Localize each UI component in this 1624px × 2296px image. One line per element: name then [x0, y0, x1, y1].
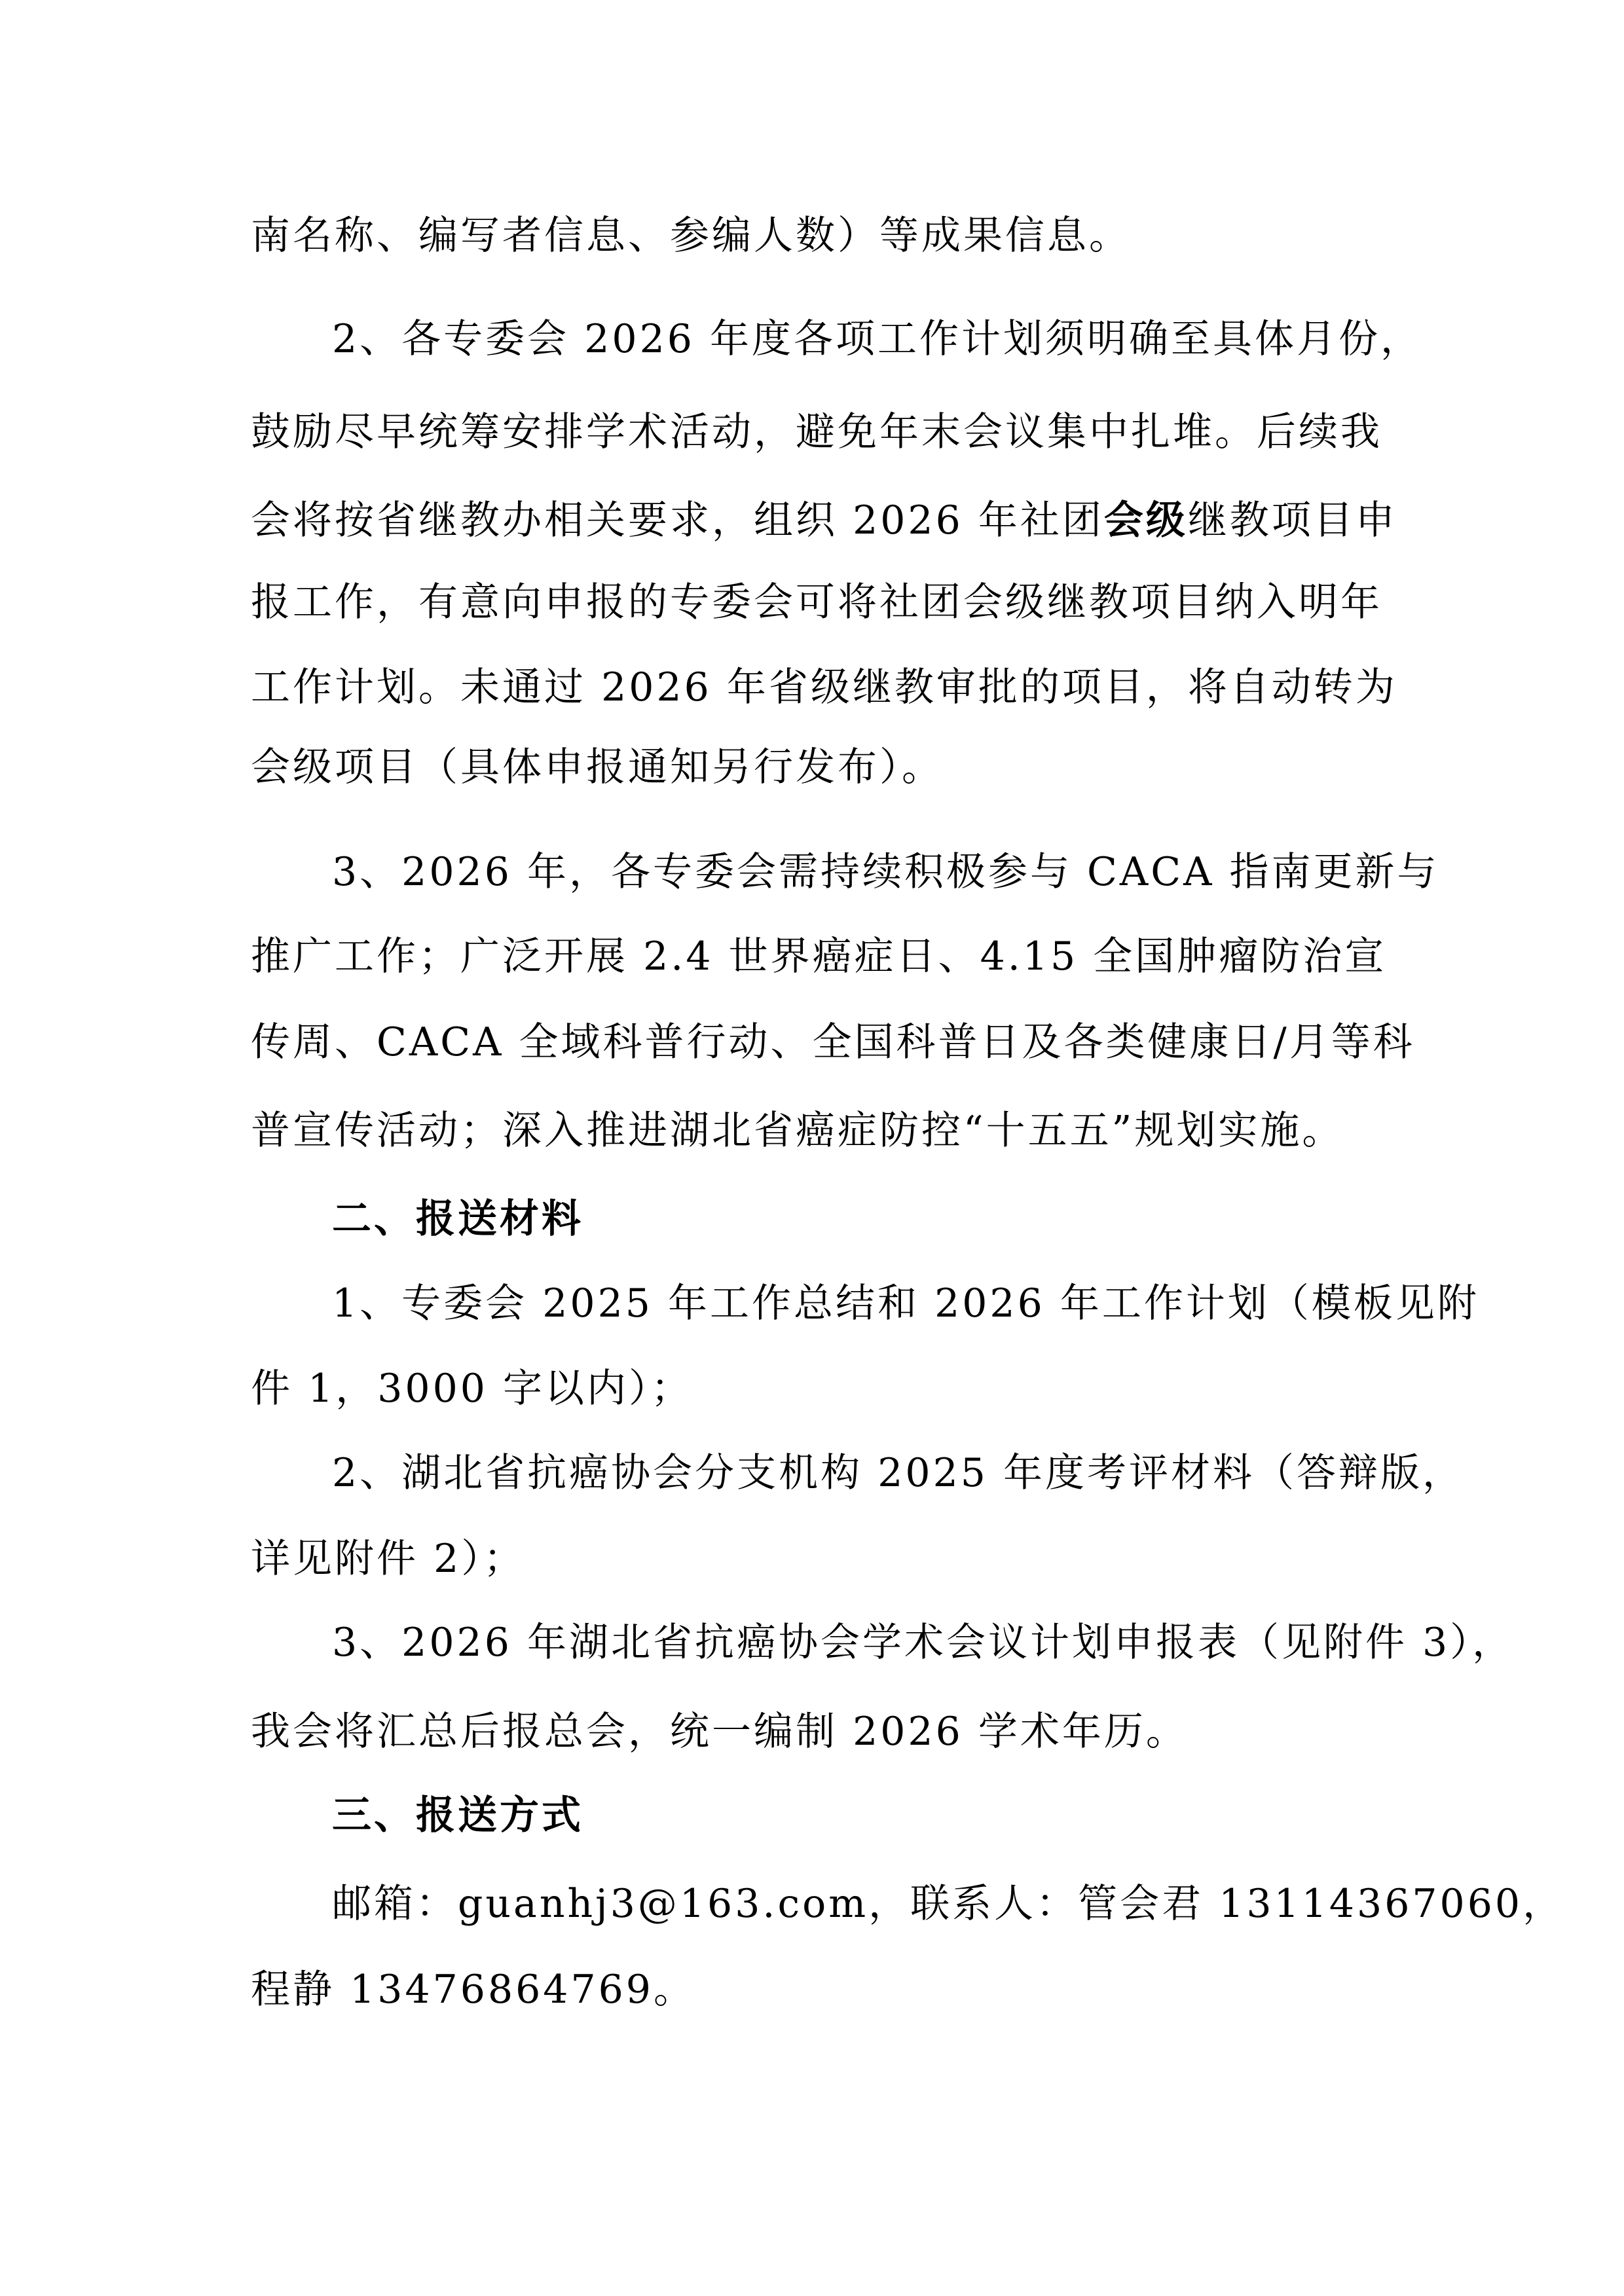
- contact-line: 邮箱：guanhj3@163.com，联系人：管会君 13114367060，: [332, 1878, 1564, 1930]
- paragraph-line: 3、2026 年，各专委会需持续积极参与 CACA 指南更新与: [332, 846, 1439, 898]
- section-heading: 二、报送材料: [332, 1193, 583, 1245]
- paragraph-line: 推广工作；广泛开展 2.4 世界癌症日、4.15 全国肿瘤防治宣: [251, 930, 1386, 983]
- paragraph-line: 会级项目（具体申报通知另行发布）。: [251, 741, 944, 793]
- paragraph-line: 报工作，有意向申报的专委会可将社团会级继教项目纳入明年: [251, 576, 1382, 629]
- paragraph-line: 南名称、编写者信息、参编人数）等成果信息。: [251, 210, 1131, 262]
- paragraph-line: 件 1，3000 字以内）；: [251, 1362, 693, 1415]
- paragraph-line: 详见附件 2）；: [251, 1533, 525, 1585]
- line-text: 会将按省继教办相关要求，组织 2026 年社团: [251, 498, 1104, 543]
- paragraph-line: 2、各专委会 2026 年度各项工作计划须明确至具体月份，: [332, 313, 1422, 365]
- line-text: 继教项目申: [1188, 498, 1397, 543]
- paragraph-line: 传周、CACA 全域科普行动、全国科普日及各类健康日/月等科: [251, 1016, 1415, 1068]
- paragraph-line: 1、专委会 2025 年工作总结和 2026 年工作计划（模板见附: [332, 1277, 1479, 1330]
- paragraph-line: 工作计划。未通过 2026 年省级继教审批的项目，将自动转为: [251, 661, 1397, 714]
- bold-text: 会级: [1104, 498, 1188, 543]
- paragraph-line: 鼓励尽早统筹安排学术活动，避免年末会议集中扎堆。后续我: [251, 406, 1382, 458]
- contact-line: 程静 13476864769。: [251, 1963, 695, 2016]
- paragraph-line: 会将按省继教办相关要求，组织 2026 年社团会级继教项目申: [251, 494, 1397, 547]
- paragraph-line: 2、湖北省抗癌协会分支机构 2025 年度考评材料（答辩版，: [332, 1447, 1464, 1499]
- paragraph-line: 普宣传活动；深入推进湖北省癌症防控“十五五”规划实施。: [251, 1104, 1344, 1157]
- section-heading: 三、报送方式: [332, 1789, 583, 1842]
- paragraph-line: 我会将汇总后报总会，统一编制 2026 学术年历。: [251, 1705, 1188, 1758]
- paragraph-line: 3、2026 年湖北省抗癌协会学术会议计划申报表（见附件 3），: [332, 1616, 1514, 1669]
